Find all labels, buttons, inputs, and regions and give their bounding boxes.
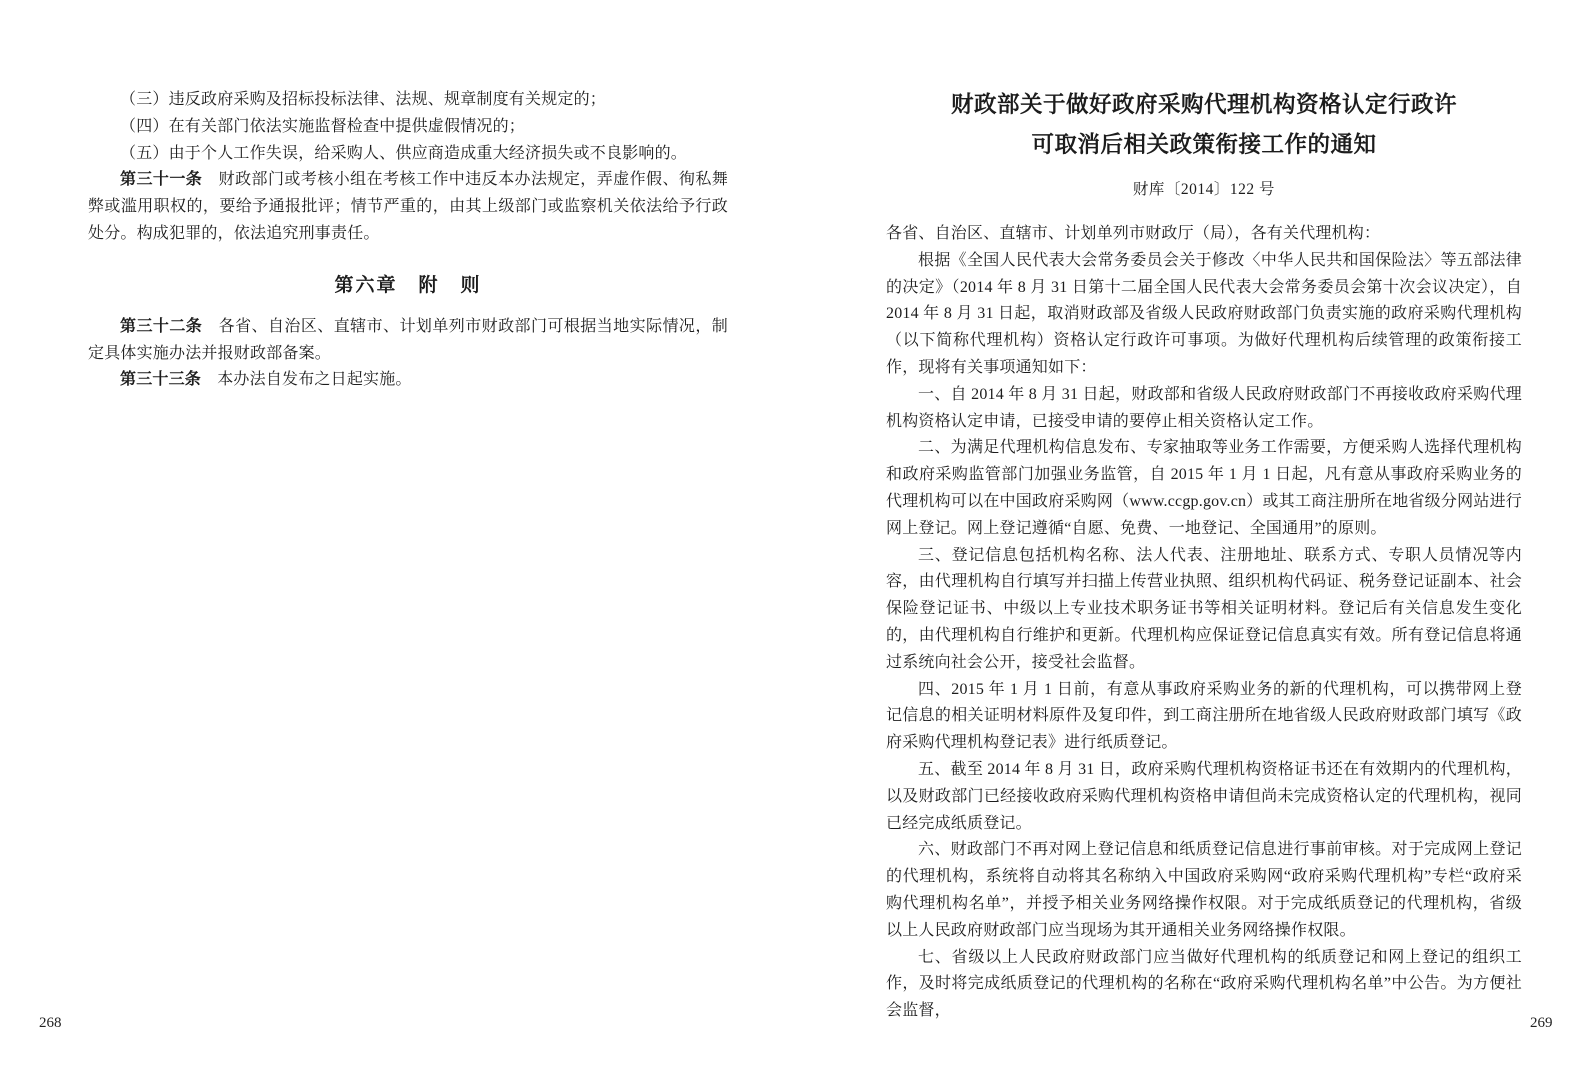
article-33-text: 本办法自发布之日起实施。	[201, 371, 412, 388]
article-33-paragraph: 第三十三条 本办法自发布之日起实施。	[88, 367, 728, 394]
book-spread: （三）违反政府采购及招标投标法律、法规、规章制度有关规定的； （四）在有关部门依…	[0, 0, 1587, 1077]
clause-item-5: （五）由于个人工作失误，给采购人、供应商造成重大经济损失或不良影响的。	[88, 141, 728, 168]
chapter-heading: 第六章 附 则	[88, 270, 728, 297]
document-number: 财库〔2014〕122 号	[886, 177, 1522, 199]
article-31-lead: 第三十一条	[120, 171, 202, 188]
page-number-left: 268	[39, 1015, 62, 1032]
page-right: 财政部关于做好政府采购代理机构资格认定行政许可取消后相关政策衔接工作的通知 财库…	[886, 85, 1522, 1025]
article-33-lead: 第三十三条	[120, 371, 201, 388]
notice-paragraph-7: 七、省级以上人民政府财政部门应当做好代理机构的纸质登记和网上登记的组织工作，及时…	[886, 945, 1522, 1025]
notice-title-line2: 可取消后相关政策衔接工作的通知	[1031, 132, 1376, 157]
notice-title-line1: 财政部关于做好政府采购代理机构资格认定行政许	[951, 92, 1457, 117]
notice-title: 财政部关于做好政府采购代理机构资格认定行政许可取消后相关政策衔接工作的通知	[886, 85, 1522, 165]
notice-paragraph-2: 二、为满足代理机构信息发布、专家抽取等业务工作需要，方便采购人选择代理机构和政府…	[886, 435, 1522, 542]
notice-paragraph-3: 三、登记信息包括机构名称、法人代表、注册地址、联系方式、专职人员情况等内容，由代…	[886, 543, 1522, 677]
notice-paragraph-5: 五、截至 2014 年 8 月 31 日，政府采购代理机构资格证书还在有效期内的…	[886, 757, 1522, 837]
article-31-paragraph: 第三十一条 财政部门或考核小组在考核工作中违反本办法规定，弄虚作假、徇私舞弊或滥…	[88, 167, 728, 247]
notice-paragraph-6: 六、财政部门不再对网上登记信息和纸质登记信息进行事前审核。对于完成网上登记的代理…	[886, 837, 1522, 944]
article-32-lead: 第三十二条	[120, 318, 202, 335]
page-number-right: 269	[1530, 1015, 1553, 1032]
article-32-paragraph: 第三十二条 各省、自治区、直辖市、计划单列市财政部门可根据当地实际情况，制定具体…	[88, 314, 728, 368]
notice-paragraph-1: 一、自 2014 年 8 月 31 日起，财政部和省级人民政府财政部门不再接收政…	[886, 382, 1522, 436]
clause-item-4: （四）在有关部门依法实施监督检查中提供虚假情况的；	[88, 114, 728, 141]
salutation: 各省、自治区、直辖市、计划单列市财政厅（局），各有关代理机构：	[886, 221, 1522, 248]
clause-item-3: （三）违反政府采购及招标投标法律、法规、规章制度有关规定的；	[88, 87, 728, 114]
notice-paragraph-intro: 根据《全国人民代表大会常务委员会关于修改〈中华人民共和国保险法〉等五部法律的决定…	[886, 248, 1522, 382]
notice-paragraph-4: 四、2015 年 1 月 1 日前，有意从事政府采购业务的新的代理机构，可以携带…	[886, 677, 1522, 757]
page-left: （三）违反政府采购及招标投标法律、法规、规章制度有关规定的； （四）在有关部门依…	[88, 87, 728, 394]
